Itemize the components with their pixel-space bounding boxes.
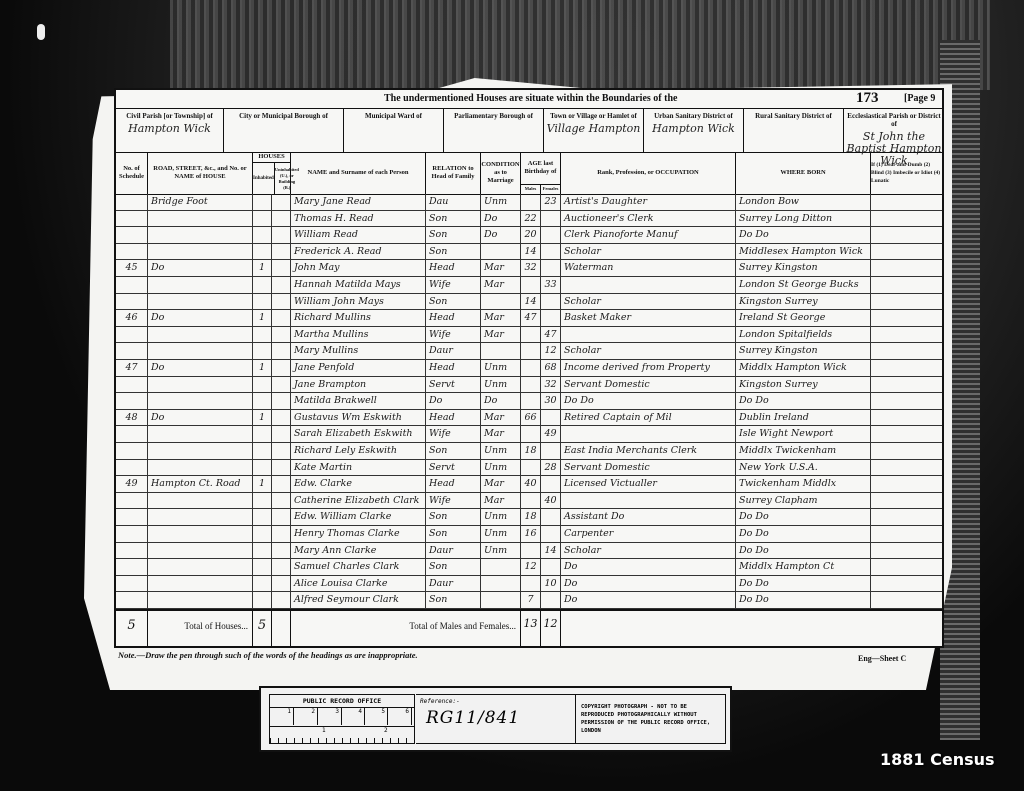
cell-male-age	[521, 460, 541, 476]
cell-condition: Mar	[481, 493, 521, 509]
cell-occupation: East India Merchants Clerk	[561, 443, 736, 459]
cell-inhabited	[253, 592, 272, 608]
cell-female-age	[541, 211, 561, 227]
cell-schedule	[116, 227, 148, 243]
cell-occupation: Waterman	[561, 260, 736, 276]
cell-where-born: Do Do	[736, 227, 871, 243]
cell-occupation	[561, 327, 736, 343]
sheet-label: Eng—Sheet C	[858, 654, 906, 663]
cell-male-age: 16	[521, 526, 541, 542]
cell-name: Alfred Seymour Clark	[291, 592, 426, 608]
cell-inhabited	[253, 343, 272, 359]
cell-infirmity	[871, 194, 942, 210]
cell-uninhabited	[272, 377, 291, 393]
cell-infirmity	[871, 576, 942, 592]
cell-inhabited	[253, 244, 272, 260]
header-name: NAME and Surname of each Person	[291, 152, 426, 194]
cell-schedule: 45	[116, 260, 148, 276]
cell-schedule: 49	[116, 476, 148, 492]
cell-infirmity	[871, 509, 942, 525]
cell-uninhabited	[272, 244, 291, 260]
table-row: Alice Louisa ClarkeDaur10DoDo Do	[116, 576, 942, 593]
cell-road	[148, 526, 253, 542]
total-schedules: 5	[116, 611, 148, 648]
cell-schedule	[116, 377, 148, 393]
cell-where-born: Do Do	[736, 509, 871, 525]
cell-infirmity	[871, 526, 942, 542]
cell-schedule	[116, 211, 148, 227]
cell-schedule	[116, 493, 148, 509]
cell-occupation	[561, 426, 736, 442]
cell-relation: Servt	[426, 377, 481, 393]
area-urban-sanitary: Urban Sanitary District ofHampton Wick	[644, 108, 744, 152]
cell-name: Thomas H. Read	[291, 211, 426, 227]
total-inhabited: 5	[253, 611, 272, 648]
cell-female-age: 32	[541, 377, 561, 393]
cell-where-born: London Bow	[736, 194, 871, 210]
cell-road	[148, 543, 253, 559]
cell-occupation: Assistant Do	[561, 509, 736, 525]
cell-schedule: 48	[116, 410, 148, 426]
cell-male-age: 12	[521, 559, 541, 575]
cell-relation: Son	[426, 509, 481, 525]
cell-infirmity	[871, 443, 942, 459]
cell-name: Matilda Brakwell	[291, 393, 426, 409]
cell-schedule	[116, 543, 148, 559]
table-row: 48Do1Gustavus Wm EskwithHeadMar66Retired…	[116, 410, 942, 427]
table-row: Alfred Seymour ClarkSon7DoDo Do	[116, 592, 942, 609]
cell-uninhabited	[272, 426, 291, 442]
cell-name: William John Mays	[291, 294, 426, 310]
cell-relation: Daur	[426, 343, 481, 359]
cell-where-born: Middlx Hampton Wick	[736, 360, 871, 376]
cell-female-age: 12	[541, 343, 561, 359]
cell-name: Richard Mullins	[291, 310, 426, 326]
cell-male-age: 20	[521, 227, 541, 243]
cell-male-age: 22	[521, 211, 541, 227]
cell-condition	[481, 294, 521, 310]
cell-relation: Wife	[426, 277, 481, 293]
cell-condition: Unm	[481, 526, 521, 542]
table-row: Martha MullinsWifeMar47London Spitalfiel…	[116, 327, 942, 344]
cell-name: Frederick A. Read	[291, 244, 426, 260]
cell-road	[148, 592, 253, 608]
cell-schedule	[116, 526, 148, 542]
cell-where-born: Surrey Kingston	[736, 343, 871, 359]
cell-road	[148, 377, 253, 393]
cell-uninhabited	[272, 343, 291, 359]
cell-infirmity	[871, 377, 942, 393]
header-where-born: WHERE BORN	[736, 152, 871, 194]
cell-condition: Mar	[481, 426, 521, 442]
cell-schedule	[116, 343, 148, 359]
census-enumeration-form: The undermentioned Houses are situate wi…	[114, 88, 944, 648]
cell-female-age: 28	[541, 460, 561, 476]
cell-male-age	[521, 327, 541, 343]
cell-name: Jane Penfold	[291, 360, 426, 376]
cell-inhabited	[253, 426, 272, 442]
cell-name: Kate Martin	[291, 460, 426, 476]
cell-relation: Son	[426, 559, 481, 575]
cell-relation: Do	[426, 393, 481, 409]
cell-schedule: 46	[116, 310, 148, 326]
cell-female-age: 47	[541, 327, 561, 343]
cell-male-age: 18	[521, 509, 541, 525]
cell-infirmity	[871, 244, 942, 260]
cell-condition	[481, 343, 521, 359]
cell-occupation: Artist's Daughter	[561, 194, 736, 210]
cell-uninhabited	[272, 294, 291, 310]
cell-female-age	[541, 294, 561, 310]
cell-schedule	[116, 426, 148, 442]
cell-road	[148, 393, 253, 409]
cell-infirmity	[871, 393, 942, 409]
cell-road	[148, 493, 253, 509]
cell-uninhabited	[272, 194, 291, 210]
total-houses-label: Total of Houses...	[148, 611, 253, 648]
cell-condition: Mar	[481, 410, 521, 426]
cell-inhabited	[253, 559, 272, 575]
cell-road: Do	[148, 410, 253, 426]
cell-name: Henry Thomas Clarke	[291, 526, 426, 542]
cell-road	[148, 559, 253, 575]
header-infirmity: If (1) Deaf-and-Dumb (2) Blind (3) Imbec…	[871, 152, 942, 194]
cell-female-age: 14	[541, 543, 561, 559]
cell-where-born: Ireland St George	[736, 310, 871, 326]
pro-office-title: PUBLIC RECORD OFFICE	[270, 695, 414, 708]
cell-occupation: Retired Captain of Mil	[561, 410, 736, 426]
cell-female-age: 23	[541, 194, 561, 210]
cell-inhabited	[253, 194, 272, 210]
cell-name: Samuel Charles Clark	[291, 559, 426, 575]
cell-uninhabited	[272, 526, 291, 542]
cell-inhabited	[253, 509, 272, 525]
cell-occupation: Scholar	[561, 343, 736, 359]
cell-condition: Mar	[481, 310, 521, 326]
cell-schedule	[116, 592, 148, 608]
table-row: Hannah Matilda MaysWifeMar33London St Ge…	[116, 277, 942, 294]
table-row: Kate MartinServtUnm28Servant DomesticNew…	[116, 460, 942, 477]
cell-occupation: Clerk Pianoforte Manuf	[561, 227, 736, 243]
cell-male-age	[521, 277, 541, 293]
cell-schedule	[116, 393, 148, 409]
table-row: Henry Thomas ClarkeSonUnm16CarpenterDo D…	[116, 526, 942, 543]
cell-infirmity	[871, 410, 942, 426]
cell-schedule	[116, 576, 148, 592]
cell-name: Edw. Clarke	[291, 476, 426, 492]
reference-code: RG11/841	[416, 708, 575, 728]
cell-where-born: Surrey Long Ditton	[736, 211, 871, 227]
cell-schedule: 47	[116, 360, 148, 376]
table-row: Mary Ann ClarkeDaurUnm14ScholarDo Do	[116, 543, 942, 560]
cell-road	[148, 509, 253, 525]
cell-where-born: Middlx Twickenham	[736, 443, 871, 459]
area-rural-sanitary: Rural Sanitary District of	[744, 108, 844, 152]
cell-uninhabited	[272, 592, 291, 608]
cell-relation: Head	[426, 476, 481, 492]
cell-female-age	[541, 559, 561, 575]
cell-name: Sarah Elizabeth Eskwith	[291, 426, 426, 442]
table-row: Frederick A. ReadSon14ScholarMiddlesex H…	[116, 244, 942, 261]
cell-road	[148, 244, 253, 260]
cell-where-born: Do Do	[736, 543, 871, 559]
administrative-areas: Civil Parish [or Township] ofHampton Wic…	[116, 108, 942, 153]
cell-relation: Head	[426, 410, 481, 426]
cell-name: Mary Jane Read	[291, 194, 426, 210]
cell-relation: Son	[426, 227, 481, 243]
cell-infirmity	[871, 277, 942, 293]
cell-relation: Son	[426, 526, 481, 542]
cell-schedule	[116, 244, 148, 260]
cell-road	[148, 277, 253, 293]
cell-schedule	[116, 277, 148, 293]
cell-uninhabited	[272, 260, 291, 276]
cell-occupation: Auctioneer's Clerk	[561, 211, 736, 227]
cell-condition	[481, 559, 521, 575]
cell-where-born: Middlx Hampton Ct	[736, 559, 871, 575]
total-persons-label: Total of Males and Females...	[291, 611, 521, 648]
cell-schedule	[116, 460, 148, 476]
table-row: William ReadSonDo20Clerk Pianoforte Manu…	[116, 227, 942, 244]
reference-label: Reference:-	[416, 695, 575, 708]
cell-road	[148, 343, 253, 359]
cell-relation: Dau	[426, 194, 481, 210]
table-row: 49Hampton Ct. Road1Edw. ClarkeHeadMar40L…	[116, 476, 942, 493]
cell-occupation: Servant Domestic	[561, 377, 736, 393]
cell-inhabited	[253, 493, 272, 509]
cell-name: Jane Brampton	[291, 377, 426, 393]
cell-inhabited: 1	[253, 410, 272, 426]
cell-male-age: 18	[521, 443, 541, 459]
cell-name: Mary Ann Clarke	[291, 543, 426, 559]
cell-female-age: 40	[541, 493, 561, 509]
cell-occupation	[561, 493, 736, 509]
cell-where-born: Twickenham Middlx	[736, 476, 871, 492]
cell-condition: Mar	[481, 327, 521, 343]
cell-where-born: Do Do	[736, 526, 871, 542]
cell-female-age: 68	[541, 360, 561, 376]
cell-occupation: Basket Maker	[561, 310, 736, 326]
area-town-village: Town or Village or Hamlet ofVillage Hamp…	[544, 108, 644, 152]
column-headers: No. of Schedule ROAD, STREET, &c., and N…	[116, 152, 942, 195]
cell-schedule	[116, 194, 148, 210]
cell-uninhabited	[272, 543, 291, 559]
cell-uninhabited	[272, 410, 291, 426]
table-row: 47Do1Jane PenfoldHeadUnm68Income derived…	[116, 360, 942, 377]
cell-inhabited: 1	[253, 260, 272, 276]
cell-name: John May	[291, 260, 426, 276]
cell-condition: Do	[481, 393, 521, 409]
table-row: 45Do1John MayHeadMar32WatermanSurrey Kin…	[116, 260, 942, 277]
cell-infirmity	[871, 493, 942, 509]
cell-female-age	[541, 476, 561, 492]
form-note: Note.—Draw the pen through such of the w…	[118, 650, 418, 660]
cell-male-age	[521, 493, 541, 509]
totals-row: 5 Total of Houses... 5 Total of Males an…	[116, 609, 942, 648]
cell-inhabited	[253, 227, 272, 243]
cell-uninhabited	[272, 509, 291, 525]
cell-male-age: 7	[521, 592, 541, 608]
cell-condition: Mar	[481, 277, 521, 293]
cell-uninhabited	[272, 476, 291, 492]
cell-condition: Unm	[481, 443, 521, 459]
cell-relation: Daur	[426, 576, 481, 592]
header-occupation: Rank, Profession, or OCCUPATION	[561, 152, 736, 194]
folio-number: 173	[856, 90, 879, 107]
cell-road	[148, 460, 253, 476]
cell-female-age	[541, 244, 561, 260]
cell-occupation: Scholar	[561, 543, 736, 559]
cell-road: Do	[148, 260, 253, 276]
cell-where-born: Isle Wight Newport	[736, 426, 871, 442]
cell-occupation: Do	[561, 576, 736, 592]
cell-inhabited	[253, 526, 272, 542]
cell-inhabited	[253, 543, 272, 559]
public-record-office-strip: PUBLIC RECORD OFFICE 1 2 3 4 5 6 1 2 Ref…	[259, 686, 732, 752]
cell-infirmity	[871, 426, 942, 442]
cell-name: William Read	[291, 227, 426, 243]
cell-male-age	[521, 377, 541, 393]
cell-road	[148, 294, 253, 310]
cell-condition: Mar	[481, 476, 521, 492]
cell-female-age: 10	[541, 576, 561, 592]
cell-schedule	[116, 509, 148, 525]
cell-road	[148, 211, 253, 227]
cell-infirmity	[871, 327, 942, 343]
cell-road: Do	[148, 360, 253, 376]
cell-name: Martha Mullins	[291, 327, 426, 343]
cell-male-age: 40	[521, 476, 541, 492]
cell-occupation: Scholar	[561, 244, 736, 260]
cell-name: Richard Lely Eskwith	[291, 443, 426, 459]
cell-name: Alice Louisa Clarke	[291, 576, 426, 592]
cell-condition: Mar	[481, 260, 521, 276]
table-row: Jane BramptonServtUnm32Servant DomesticK…	[116, 377, 942, 394]
cell-road	[148, 327, 253, 343]
cell-relation: Servt	[426, 460, 481, 476]
table-row: Sarah Elizabeth EskwithWifeMar49Isle Wig…	[116, 426, 942, 443]
cell-relation: Wife	[426, 426, 481, 442]
pro-reference-box: Reference:- RG11/841	[416, 694, 576, 744]
page-number: [Page 9	[904, 93, 935, 104]
table-row: Matilda BrakwellDoDo30Do DoDo Do	[116, 393, 942, 410]
cell-male-age	[521, 426, 541, 442]
cell-schedule	[116, 294, 148, 310]
cell-inhabited	[253, 211, 272, 227]
cell-road: Hampton Ct. Road	[148, 476, 253, 492]
header-age: AGE last Birthday of Males Females	[521, 152, 561, 194]
cell-relation: Son	[426, 443, 481, 459]
cell-uninhabited	[272, 360, 291, 376]
table-row: Edw. William ClarkeSonUnm18Assistant DoD…	[116, 509, 942, 526]
copyright-notice: COPYRIGHT PHOTOGRAPH - NOT TO BE REPRODU…	[576, 694, 726, 744]
cell-infirmity	[871, 559, 942, 575]
cell-inhabited	[253, 294, 272, 310]
area-municipal-ward: Municipal Ward of	[344, 108, 444, 152]
header-houses: HOUSES Inhabited Uninhabited (U.), or Bu…	[253, 152, 291, 194]
cell-road	[148, 443, 253, 459]
cell-male-age	[521, 360, 541, 376]
cell-male-age	[521, 393, 541, 409]
cell-uninhabited	[272, 211, 291, 227]
cell-infirmity	[871, 260, 942, 276]
cell-name: Catherine Elizabeth Clark	[291, 493, 426, 509]
cell-occupation: Scholar	[561, 294, 736, 310]
cell-road	[148, 227, 253, 243]
cell-uninhabited	[272, 559, 291, 575]
cell-relation: Head	[426, 360, 481, 376]
cell-female-age	[541, 310, 561, 326]
pro-scale-box: PUBLIC RECORD OFFICE 1 2 3 4 5 6 1 2	[269, 694, 415, 744]
cell-relation: Head	[426, 260, 481, 276]
cell-infirmity	[871, 360, 942, 376]
cell-occupation: Licensed Victualler	[561, 476, 736, 492]
census-watermark: 1881 Census	[880, 750, 995, 769]
cell-road	[148, 576, 253, 592]
measurement-ruler: 1 2 3 4 5 6 1 2	[270, 708, 414, 744]
cell-relation: Son	[426, 211, 481, 227]
cell-where-born: Dublin Ireland	[736, 410, 871, 426]
cell-relation: Son	[426, 592, 481, 608]
area-ecclesiastical-parish: Ecclesiastical Parish or District ofSt J…	[844, 108, 944, 152]
cell-female-age: 49	[541, 426, 561, 442]
cell-condition	[481, 244, 521, 260]
table-row: Bridge FootMary Jane ReadDauUnm23Artist'…	[116, 194, 942, 211]
cell-female-age: 33	[541, 277, 561, 293]
cell-infirmity	[871, 476, 942, 492]
cell-female-age	[541, 592, 561, 608]
cell-infirmity	[871, 294, 942, 310]
cell-where-born: Middlesex Hampton Wick	[736, 244, 871, 260]
total-uninhabited	[272, 611, 291, 648]
cell-inhabited	[253, 460, 272, 476]
cell-condition: Unm	[481, 460, 521, 476]
total-males: 13	[521, 611, 541, 648]
cell-female-age	[541, 443, 561, 459]
cell-infirmity	[871, 543, 942, 559]
cell-where-born: Surrey Clapham	[736, 493, 871, 509]
cell-condition: Unm	[481, 194, 521, 210]
cell-male-age: 14	[521, 244, 541, 260]
cell-occupation: Do	[561, 592, 736, 608]
cell-where-born: Do Do	[736, 592, 871, 608]
cell-uninhabited	[272, 277, 291, 293]
header-condition: CONDITION as to Marriage	[481, 152, 521, 194]
cell-infirmity	[871, 211, 942, 227]
cell-male-age	[521, 576, 541, 592]
cell-female-age	[541, 526, 561, 542]
cell-where-born: Surrey Kingston	[736, 260, 871, 276]
cell-infirmity	[871, 460, 942, 476]
cell-inhabited: 1	[253, 360, 272, 376]
area-parliamentary-borough: Parliamentary Borough of	[444, 108, 544, 152]
cell-female-age	[541, 410, 561, 426]
cell-condition: Unm	[481, 509, 521, 525]
cell-condition: Unm	[481, 543, 521, 559]
cell-occupation: Servant Domestic	[561, 460, 736, 476]
cell-condition	[481, 592, 521, 608]
cell-occupation	[561, 277, 736, 293]
cell-inhabited	[253, 393, 272, 409]
cell-inhabited	[253, 443, 272, 459]
punch-hole	[37, 24, 45, 40]
cell-inhabited	[253, 576, 272, 592]
cell-inhabited: 1	[253, 476, 272, 492]
cell-name: Gustavus Wm Eskwith	[291, 410, 426, 426]
cell-road: Do	[148, 310, 253, 326]
cell-inhabited	[253, 327, 272, 343]
cell-schedule	[116, 443, 148, 459]
